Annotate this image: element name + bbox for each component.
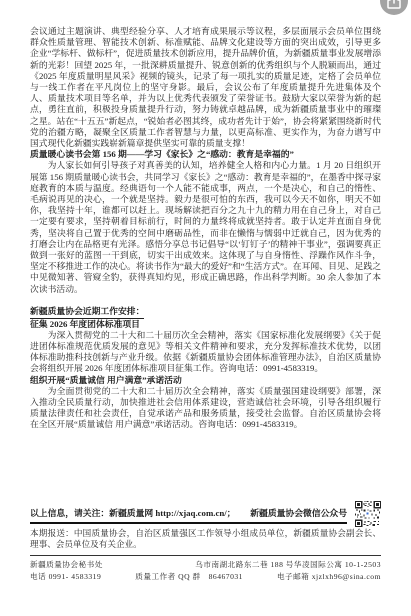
office-address: 乌市南湖北路东二巷 188 号华凌国际公寓 10-1-2503 [195, 559, 381, 570]
contact-block: 新疆质量协会秘书处 乌市南湖北路东二巷 188 号华凌国际公寓 10-1-250… [30, 559, 381, 582]
heading-upcoming-work: 新疆质量协会近期工作安排： [30, 306, 381, 319]
footer-notice-text: 以上信息，请关注：新疆质量网 http://xjaq.com.cn/； 新疆质量… [30, 507, 347, 524]
heading-upcoming-work-label: 新疆质量协会近期工作安排： [30, 306, 144, 319]
secretariat-name: 新疆质量协会秘书处 [30, 559, 103, 570]
email-address: 电子邮箱 xjzlxh96@sina.com [277, 571, 381, 582]
qq-group-number: 86467031 [209, 572, 243, 581]
contact-row-1: 新疆质量协会秘书处 乌市南湖北路东二巷 188 号华凌国际公寓 10-1-250… [30, 559, 381, 570]
footer-notice-left: 以上信息，请关注：新疆质量网 http://xjaq.com.cn/； [30, 507, 236, 519]
qq-group-label: 质量工作者 QQ 群 [135, 572, 200, 581]
phone-number: 电话 0991- 4583319 [30, 571, 101, 582]
share-button[interactable] [380, 0, 408, 15]
heading-standards-collection: 征集 2026 年度团体标准项目 [30, 319, 381, 330]
wechat-qrcode-image [355, 501, 381, 527]
contact-row-2: 电话 0991- 4583319 质量工作者 QQ 群86467031 电子邮箱… [30, 571, 381, 582]
wechat-account-label: 新疆质量协会微信公众号 [250, 507, 347, 519]
footer-divider [30, 555, 381, 556]
website-url[interactable]: http://xjaq.com.cn/ [155, 508, 226, 518]
footer-notice: 以上信息，请关注：新疆质量网 http://xjaq.com.cn/； 新疆质量… [30, 501, 381, 524]
share-icon [384, 0, 404, 11]
paragraph-annual-meeting: 会议通过主题演讲、典型经验分享、人才培育成果展示等议程，多层面展示会员单位围绕群… [30, 26, 381, 149]
qq-group: 质量工作者 QQ 群86467031 [135, 571, 243, 582]
heading-integrity-campaign: 组织开展“质量诚信 用户满意”承诺活动 [30, 375, 381, 386]
heading-reading-club: 质量暖心读书会第 156 期——学习《家长》之“感动：教育是幸福的” [30, 149, 381, 160]
paragraph-standards-collection: 为深入贯彻党的二十大和二十届历次全会精神，落实《国家标准化发展纲要》《关于促进团… [30, 330, 381, 375]
footer-notice-suffix: ； [227, 508, 236, 518]
paragraph-integrity-campaign: 为全面贯彻党的二十大和二十届历次全会精神，落实《质量强国建设纲要》部署，深入推动… [30, 386, 381, 431]
document-page: 会议通过主题演讲、典型经验分享、人才培育成果展示等议程，多层面展示会员单位围绕群… [0, 0, 411, 616]
paragraph-reading-club: 为人家长如何引导孩子对真善美的认知，培养健全人格和内心力量。1 月 20 日组织… [30, 160, 381, 294]
distribution-note: 本期报送：中国质量协会，自治区质量强区工作领导小组成员单位，新疆质量协会副会长、… [30, 528, 381, 550]
article-body: 会议通过主题演讲、典型经验分享、人才培育成果展示等议程，多层面展示会员单位围绕群… [30, 26, 381, 582]
footer-notice-prefix: 以上信息，请关注：新疆质量网 [30, 508, 155, 518]
